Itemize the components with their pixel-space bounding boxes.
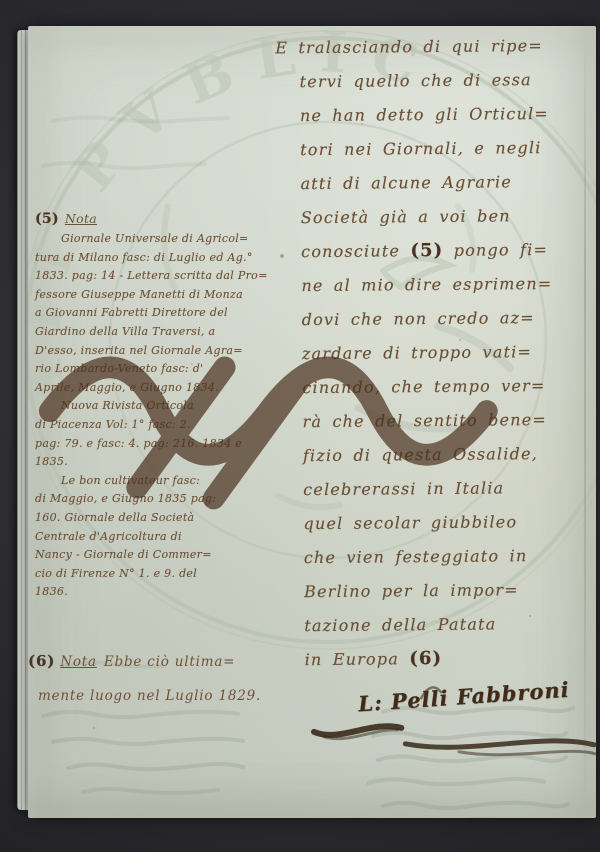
manuscript-paper: ATI PVBLIC <box>28 26 596 818</box>
photo-background: ATI PVBLIC <box>0 0 600 852</box>
signature: L: Pelli Fabbroni <box>310 668 598 766</box>
